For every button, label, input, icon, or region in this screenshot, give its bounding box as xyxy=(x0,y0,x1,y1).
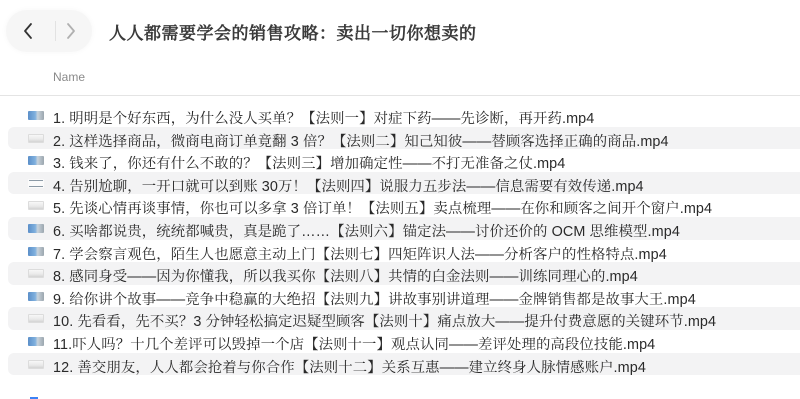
window-title: 人人都需要学会的销售攻略：卖出一切你想卖的 xyxy=(109,19,477,44)
video-file-icon xyxy=(28,247,44,256)
file-row[interactable]: 5. 先谈心情再谈事情，你也可以多拿 3 倍订单！【法则五】卖点梳理——在你和顾… xyxy=(8,194,800,217)
video-file-icon xyxy=(28,224,44,233)
back-button[interactable] xyxy=(6,10,49,52)
file-row[interactable]: 3. 钱来了，你还有什么不敢的？【法则三】增加确定性——不打无准备之仗.mp4 xyxy=(8,149,800,172)
file-list: 1. 明明是个好东西，为什么没人买单？【法则一】对症下药——先诊断，再开药.mp… xyxy=(0,104,800,375)
file-name: 8. 感同身受——因为你懂我，所以我买你【法则八】共情的白金法则——训练同理心的… xyxy=(53,265,638,286)
blank-file-icon xyxy=(28,314,44,323)
blank-file-icon xyxy=(28,360,44,369)
blank-file-icon xyxy=(28,201,44,210)
forward-button[interactable] xyxy=(49,10,92,52)
chevron-left-icon xyxy=(22,22,34,40)
video-file-icon xyxy=(28,337,44,346)
file-name: 6. 买啥都说贵，统统都喊贵，真是跪了……【法则六】锚定法——讨价还价的 OCM… xyxy=(53,220,680,241)
navigation-controls xyxy=(6,10,92,52)
file-row[interactable]: 2. 这样选择商品，微商电商订单竟翻 3 倍？【法则二】知己知彼——替顾客选择正… xyxy=(8,127,800,150)
video-file-icon xyxy=(28,292,44,301)
video-file-icon xyxy=(28,156,44,165)
file-row[interactable]: 7. 学会察言观色，陌生人也愿意主动上门【法则七】四矩阵识人法——分析客户的性格… xyxy=(8,240,800,263)
document-file-icon xyxy=(28,179,44,188)
file-row[interactable]: 12. 善交朋友，人人都会抢着与你合作【法则十二】关系互惠——建立终身人脉情感账… xyxy=(8,353,800,376)
file-row[interactable]: 9. 给你讲个故事——竞争中稳赢的大绝招【法则九】讲故事别讲道理——金牌销售都是… xyxy=(8,285,800,308)
file-name: 12. 善交朋友，人人都会抢着与你合作【法则十二】关系互惠——建立终身人脉情感账… xyxy=(53,356,646,377)
file-name: 11.吓人吗？十几个差评可以毁掉一个店【法则十一】观点认同——差评处理的高段位技… xyxy=(53,333,655,354)
file-row[interactable]: 6. 买啥都说贵，统统都喊贵，真是跪了……【法则六】锚定法——讨价还价的 OCM… xyxy=(8,217,800,240)
blank-file-icon xyxy=(28,269,44,278)
blank-file-icon xyxy=(28,134,44,143)
file-name: 4. 告别尬聊，一开口就可以到账 30万！【法则四】说服力五步法——信息需要有效… xyxy=(53,175,644,196)
file-row[interactable]: 8. 感同身受——因为你懂我，所以我买你【法则八】共情的白金法则——训练同理心的… xyxy=(8,262,800,285)
file-name: 3. 钱来了，你还有什么不敢的？【法则三】增加确定性——不打无准备之仗.mp4 xyxy=(53,152,565,173)
file-row[interactable]: 11.吓人吗？十几个差评可以毁掉一个店【法则十一】观点认同——差评处理的高段位技… xyxy=(8,330,800,353)
window-toolbar: 人人都需要学会的销售攻略：卖出一切你想卖的 xyxy=(0,0,800,62)
file-name: 7. 学会察言观色，陌生人也愿意主动上门【法则七】四矩阵识人法——分析客户的性格… xyxy=(53,243,667,264)
column-header-name[interactable]: Name xyxy=(53,70,85,84)
file-name: 2. 这样选择商品，微商电商订单竟翻 3 倍？【法则二】知己知彼——替顾客选择正… xyxy=(53,130,669,151)
video-file-icon xyxy=(28,111,44,120)
chevron-right-icon xyxy=(65,22,77,40)
file-name: 5. 先谈心情再谈事情，你也可以多拿 3 倍订单！【法则五】卖点梳理——在你和顾… xyxy=(53,197,712,218)
file-row[interactable]: 10. 先看看，先不买？3 分钟轻松搞定迟疑型顾客【法则十】痛点放大——提升付费… xyxy=(8,307,800,330)
file-name: 9. 给你讲个故事——竞争中稳赢的大绝招【法则九】讲故事别讲道理——金牌销售都是… xyxy=(53,288,696,309)
file-name: 10. 先看看，先不买？3 分钟轻松搞定迟疑型顾客【法则十】痛点放大——提升付费… xyxy=(53,310,716,331)
header-divider xyxy=(0,95,800,96)
file-name: 1. 明明是个好东西，为什么没人买单？【法则一】对症下药——先诊断，再开药.mp… xyxy=(53,107,594,128)
file-row[interactable]: 4. 告别尬聊，一开口就可以到账 30万！【法则四】说服力五步法——信息需要有效… xyxy=(8,172,800,195)
file-row[interactable]: 1. 明明是个好东西，为什么没人买单？【法则一】对症下药——先诊断，再开药.mp… xyxy=(8,104,800,127)
